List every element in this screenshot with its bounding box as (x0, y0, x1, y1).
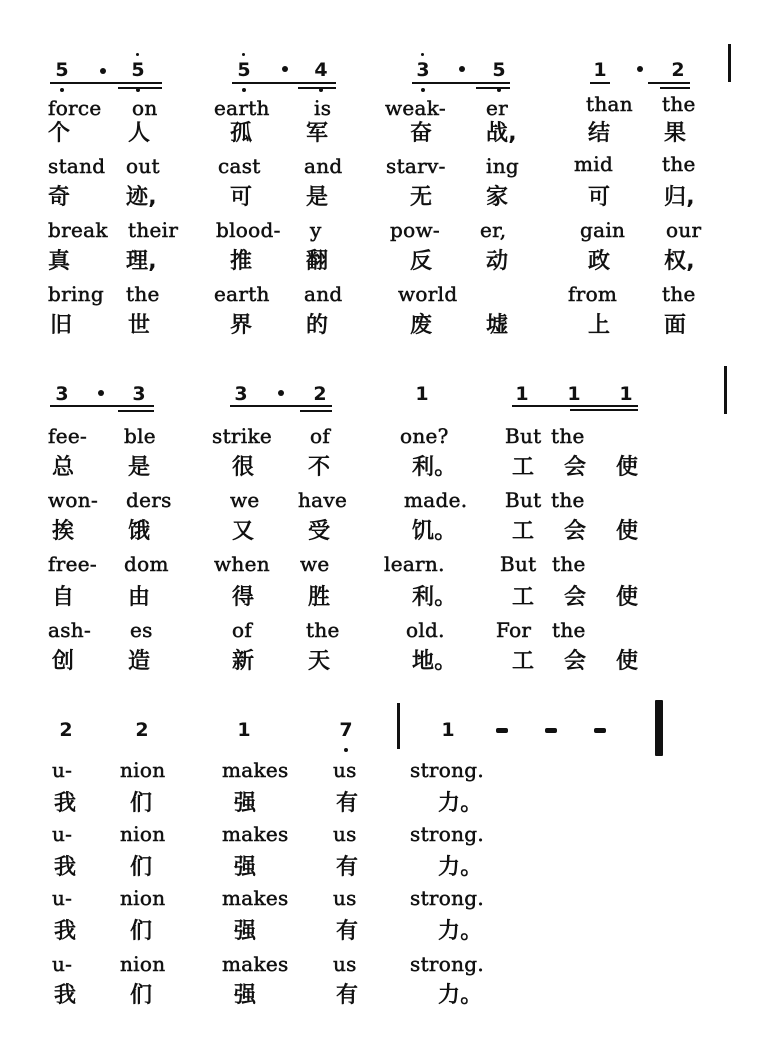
lyric-char: 们 (130, 792, 152, 816)
beam-underline (512, 405, 638, 407)
lyric-syllable: earth (214, 282, 270, 306)
lyric-char: 有 (336, 792, 358, 816)
lyric-char: 使 (616, 586, 638, 610)
lyric-char: 家 (486, 186, 508, 210)
lyric-char: 奋 (410, 122, 432, 146)
lyric-char: 界 (230, 314, 252, 338)
lyric-syllable: when (214, 552, 270, 576)
lyric-char: 创 (52, 650, 74, 674)
lyric-char: 饿 (128, 520, 150, 544)
note: 5 (491, 60, 507, 80)
lyric-char: 结 (588, 122, 610, 146)
lyric-char: 力。 (438, 792, 483, 816)
lyric-syllable: ble (124, 424, 156, 448)
lyric-char: 力。 (438, 920, 483, 944)
lyric-syllable: made. (404, 488, 467, 512)
lyric-syllable: But (505, 424, 542, 448)
lyric-char: 强 (234, 792, 256, 816)
lyric-char: 地。 (412, 650, 457, 674)
lyric-syllable: the (552, 618, 586, 642)
lyric-syllable: ash- (48, 618, 91, 642)
lyric-char: 胜 (308, 586, 330, 610)
lyric-char: 有 (336, 984, 358, 1008)
lyric-char: 面 (664, 314, 686, 338)
lyric-char: 强 (234, 920, 256, 944)
lyric-char: 强 (234, 856, 256, 880)
lyric-syllable: starv- (386, 154, 446, 178)
lyric-char: 可 (588, 186, 610, 210)
lyric-syllable: u- (52, 886, 72, 910)
lyric-char: 工 (512, 650, 534, 674)
lyric-syllable: and (304, 282, 343, 306)
lyric-syllable: force (48, 96, 102, 120)
lyric-char: 力。 (438, 856, 483, 880)
lyric-syllable: strong. (410, 952, 484, 976)
lyric-char: 旧 (50, 314, 72, 338)
note: 1 (566, 384, 582, 404)
augmentation-dot (278, 390, 284, 396)
lyric-syllable: pow- (390, 218, 440, 242)
note: 5 (236, 60, 252, 80)
lyric-syllable: makes (222, 758, 289, 782)
lyric-syllable: on (132, 96, 158, 120)
note: 3 (233, 384, 249, 404)
lyric-syllable: than (586, 92, 633, 116)
lyric-char: 饥。 (412, 520, 457, 544)
beam-underline (118, 410, 154, 412)
beam-underline (300, 410, 332, 412)
lyric-char: 自 (52, 586, 74, 610)
lyric-syllable: free- (48, 552, 97, 576)
lyric-char: 反 (410, 250, 432, 274)
lyric-syllable: strong. (410, 758, 484, 782)
beam-underline (118, 87, 162, 89)
lyric-char: 可 (230, 186, 252, 210)
lyric-syllable: nion (120, 952, 165, 976)
lyric-char: 果 (664, 122, 686, 146)
lyric-char: 上 (588, 314, 610, 338)
lyric-char: 动 (486, 250, 508, 274)
lyric-syllable: fee- (48, 424, 87, 448)
lyric-syllable: strong. (410, 822, 484, 846)
note: 1 (440, 720, 456, 740)
lyric-char: 新 (232, 650, 254, 674)
lyric-char: 使 (616, 650, 638, 674)
lyric-syllable: we (230, 488, 260, 512)
lyric-char: 又 (232, 520, 254, 544)
lyric-syllable: y (310, 218, 322, 242)
note: 3 (54, 384, 70, 404)
lyric-syllable: old. (406, 618, 445, 642)
lyric-char: 我 (54, 984, 76, 1008)
note: 3 (131, 384, 147, 404)
lyric-syllable: the (551, 488, 585, 512)
lyric-char: 们 (130, 920, 152, 944)
lyric-char: 得 (232, 586, 254, 610)
note: 2 (134, 720, 150, 740)
lyric-syllable: nion (120, 758, 165, 782)
lyric-syllable: ing (486, 154, 519, 178)
lyric-syllable: break (48, 218, 108, 242)
lyric-syllable: from (568, 282, 617, 306)
lyric-char: 们 (130, 856, 152, 880)
augmentation-dot (637, 66, 643, 72)
lyric-char: 个 (48, 122, 70, 146)
bar-line (724, 366, 727, 414)
lyric-syllable: the (552, 552, 586, 576)
lyric-syllable: world (398, 282, 457, 306)
beam-underline (50, 82, 162, 84)
lyric-char: 真 (48, 250, 70, 274)
note: 2 (670, 60, 686, 80)
lyric-char: 不 (308, 456, 330, 480)
beam-underline (476, 87, 510, 89)
lyric-syllable: er (486, 96, 508, 120)
lyric-syllable: ders (126, 488, 172, 512)
lyric-char: 会 (564, 520, 586, 544)
sustain-dash (496, 728, 508, 733)
lyric-syllable: stand (48, 154, 105, 178)
lyric-char: 们 (130, 984, 152, 1008)
note: 1 (236, 720, 252, 740)
lyric-syllable: makes (222, 952, 289, 976)
lyric-char: 利。 (412, 456, 457, 480)
lyric-syllable: learn. (384, 552, 445, 576)
lyric-syllable: cast (218, 154, 261, 178)
lyric-syllable: the (662, 282, 696, 306)
sustain-dash (594, 728, 606, 733)
lyric-char: 理, (126, 250, 157, 274)
note: 2 (312, 384, 328, 404)
lyric-syllable: But (505, 488, 542, 512)
lyric-syllable: is (314, 96, 331, 120)
lyric-char: 使 (616, 456, 638, 480)
augmentation-dot (459, 66, 465, 72)
lyric-syllable: For (496, 618, 531, 642)
lyric-syllable: blood- (216, 218, 281, 242)
lyric-char: 很 (232, 456, 254, 480)
lyric-syllable: er, (480, 218, 506, 242)
note: 5 (54, 60, 70, 80)
augmentation-dot (98, 390, 104, 396)
lyric-char: 孤 (230, 122, 252, 146)
lyric-char: 人 (128, 122, 150, 146)
note: 3 (415, 60, 431, 80)
lyric-char: 利。 (412, 586, 457, 610)
lyric-syllable: the (306, 618, 340, 642)
beam-underline (570, 409, 638, 411)
lyric-char: 总 (52, 456, 74, 480)
lyric-char: 是 (306, 186, 328, 210)
note: 1 (514, 384, 530, 404)
lyric-char: 废 (410, 314, 432, 338)
lyric-char: 墟 (486, 314, 508, 338)
beam-underline (648, 82, 690, 84)
lyric-char: 翻 (306, 250, 328, 274)
lyric-char: 推 (230, 250, 252, 274)
lyric-syllable: strike (212, 424, 272, 448)
lyric-char: 迹, (126, 186, 157, 210)
lyric-char: 会 (564, 650, 586, 674)
note: 1 (618, 384, 634, 404)
lyric-char: 军 (306, 122, 328, 146)
lyric-syllable: mid (574, 152, 613, 176)
lyric-syllable: dom (124, 552, 169, 576)
lyric-syllable: the (662, 92, 696, 116)
lyric-syllable: out (126, 154, 160, 178)
note: 4 (313, 60, 329, 80)
lyric-char: 有 (336, 920, 358, 944)
beam-underline (232, 82, 336, 84)
lyric-syllable: nion (120, 886, 165, 910)
lyric-syllable: us (333, 952, 357, 976)
lyric-char: 工 (512, 586, 534, 610)
lyric-syllable: us (333, 822, 357, 846)
bar-line (728, 44, 731, 82)
lyric-syllable: u- (52, 758, 72, 782)
lyric-syllable: and (304, 154, 343, 178)
note: 1 (414, 384, 430, 404)
note: 2 (58, 720, 74, 740)
lyric-char: 政 (588, 250, 610, 274)
lyric-char: 战, (486, 122, 517, 146)
lyric-syllable: our (666, 218, 701, 242)
beam-underline (298, 87, 336, 89)
lyric-syllable: us (333, 886, 357, 910)
lyric-char: 奇 (48, 186, 70, 210)
lyric-syllable: bring (48, 282, 104, 306)
lyric-syllable: the (551, 424, 585, 448)
lyric-char: 会 (564, 586, 586, 610)
lyric-char: 会 (564, 456, 586, 480)
lyric-char: 工 (512, 520, 534, 544)
lyric-syllable: strong. (410, 886, 484, 910)
lyric-syllable: the (126, 282, 160, 306)
lyric-syllable: makes (222, 822, 289, 846)
lyric-char: 世 (128, 314, 150, 338)
lyric-char: 我 (54, 792, 76, 816)
lyric-char: 强 (234, 984, 256, 1008)
beam-underline (590, 82, 610, 84)
lyric-char: 我 (54, 856, 76, 880)
lyric-char: 有 (336, 856, 358, 880)
lyric-syllable: the (662, 152, 696, 176)
lyric-syllable: u- (52, 822, 72, 846)
final-bar-line (655, 700, 663, 756)
note: 5 (130, 60, 146, 80)
lyric-char: 使 (616, 520, 638, 544)
lyric-syllable: won- (48, 488, 98, 512)
lyric-char: 受 (308, 520, 330, 544)
lyric-syllable: one? (400, 424, 449, 448)
lyric-syllable: of (310, 424, 330, 448)
lyric-char: 天 (308, 650, 330, 674)
beam-underline (412, 82, 510, 84)
lyric-syllable: nion (120, 822, 165, 846)
lyric-char: 无 (410, 186, 432, 210)
lyric-syllable: we (300, 552, 330, 576)
lyric-syllable: have (298, 488, 347, 512)
sustain-dash (545, 728, 557, 733)
lyric-char: 力。 (438, 984, 483, 1008)
beam-underline (230, 405, 332, 407)
lyric-syllable: weak- (385, 96, 446, 120)
lyric-syllable: makes (222, 886, 289, 910)
lyric-char: 由 (128, 586, 150, 610)
beam-underline (50, 405, 154, 407)
note: 7 (338, 720, 354, 740)
lyric-char: 权, (664, 250, 695, 274)
note: 1 (592, 60, 608, 80)
lyric-syllable: gain (580, 218, 625, 242)
bar-line (397, 703, 400, 749)
lyric-char: 归, (664, 186, 695, 210)
lyric-char: 的 (306, 314, 328, 338)
lyric-syllable: But (500, 552, 537, 576)
lyric-syllable: us (333, 758, 357, 782)
lyric-syllable: u- (52, 952, 72, 976)
lyric-char: 挨 (52, 520, 74, 544)
lyric-syllable: earth (214, 96, 270, 120)
lyric-syllable: es (130, 618, 153, 642)
lyric-char: 造 (128, 650, 150, 674)
lyric-char: 是 (128, 456, 150, 480)
lyric-char: 我 (54, 920, 76, 944)
lyric-syllable: their (128, 218, 178, 242)
lyric-char: 工 (512, 456, 534, 480)
augmentation-dot (100, 68, 106, 74)
beam-underline (660, 87, 690, 89)
augmentation-dot (282, 66, 288, 72)
lyric-syllable: of (232, 618, 252, 642)
